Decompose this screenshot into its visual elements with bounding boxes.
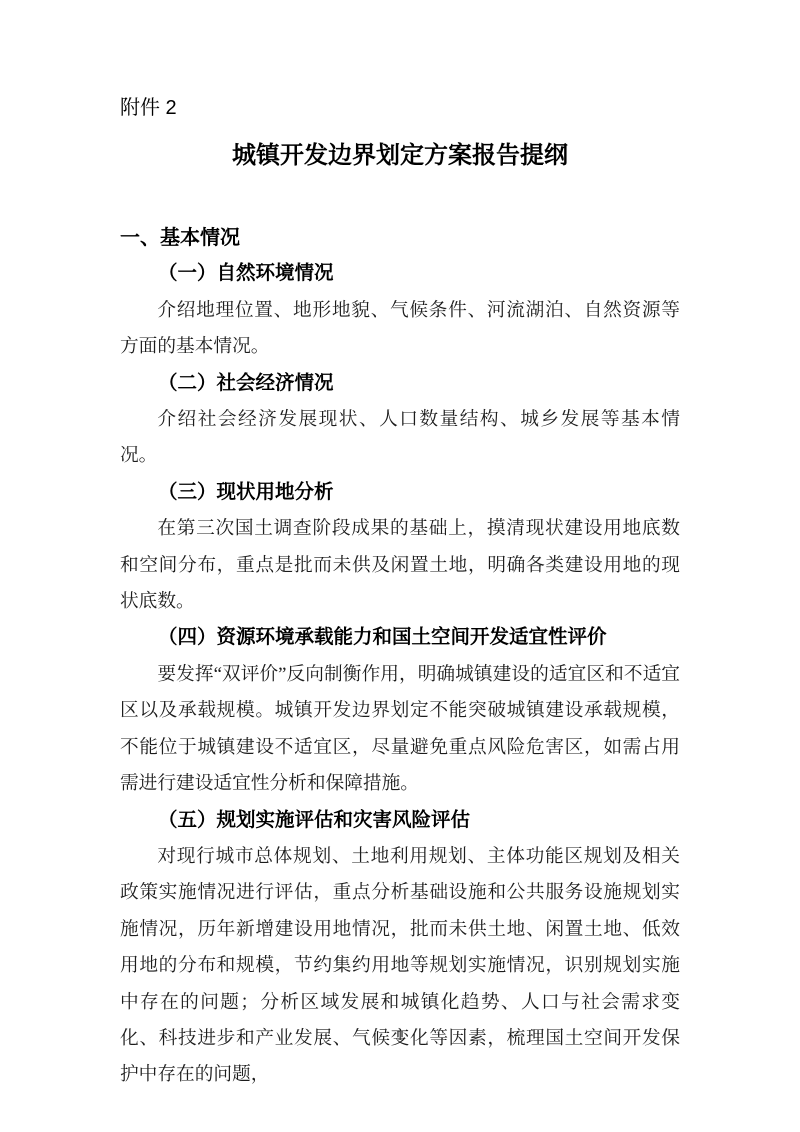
subsection-heading-1: （一）自然环境情况 [120, 256, 680, 292]
subsection-heading-4: （四）资源环境承载能力和国土空间开发适宜性评价 [120, 620, 680, 656]
subsection-heading-5: （五）规划实施评估和灾害风险评估 [120, 803, 680, 839]
document-title: 城镇开发边界划定方案报告提纲 [120, 136, 680, 176]
attachment-label: 附件 2 [120, 94, 680, 122]
document-page: 附件 2 城镇开发边界划定方案报告提纲 一、基本情况 （一）自然环境情况 介绍地… [0, 0, 800, 1132]
page-number: 1 [0, 1026, 800, 1046]
subsection-paragraph-1: 介绍地理位置、地形地貌、气候条件、河流湖泊、自然资源等方面的基本情况。 [120, 293, 680, 366]
subsection-heading-3: （三）现状用地分析 [120, 475, 680, 511]
subsection-paragraph-4: 要发挥“双评价”反向制衡作用，明确城镇建设的适宜区和不适宜区以及承载规模。城镇开… [120, 657, 680, 803]
subsection-paragraph-5: 对现行城市总体规划、土地利用规划、主体功能区规划及相关政策实施情况进行评估，重点… [120, 839, 680, 1094]
subsection-heading-2: （二）社会经济情况 [120, 366, 680, 402]
subsection-paragraph-3: 在第三次国土调查阶段成果的基础上，摸清现状建设用地底数和空间分布，重点是批而未供… [120, 511, 680, 620]
subsection-paragraph-2: 介绍社会经济发展现状、人口数量结构、城乡发展等基本情况。 [120, 402, 680, 475]
section-heading-1: 一、基本情况 [120, 220, 680, 256]
